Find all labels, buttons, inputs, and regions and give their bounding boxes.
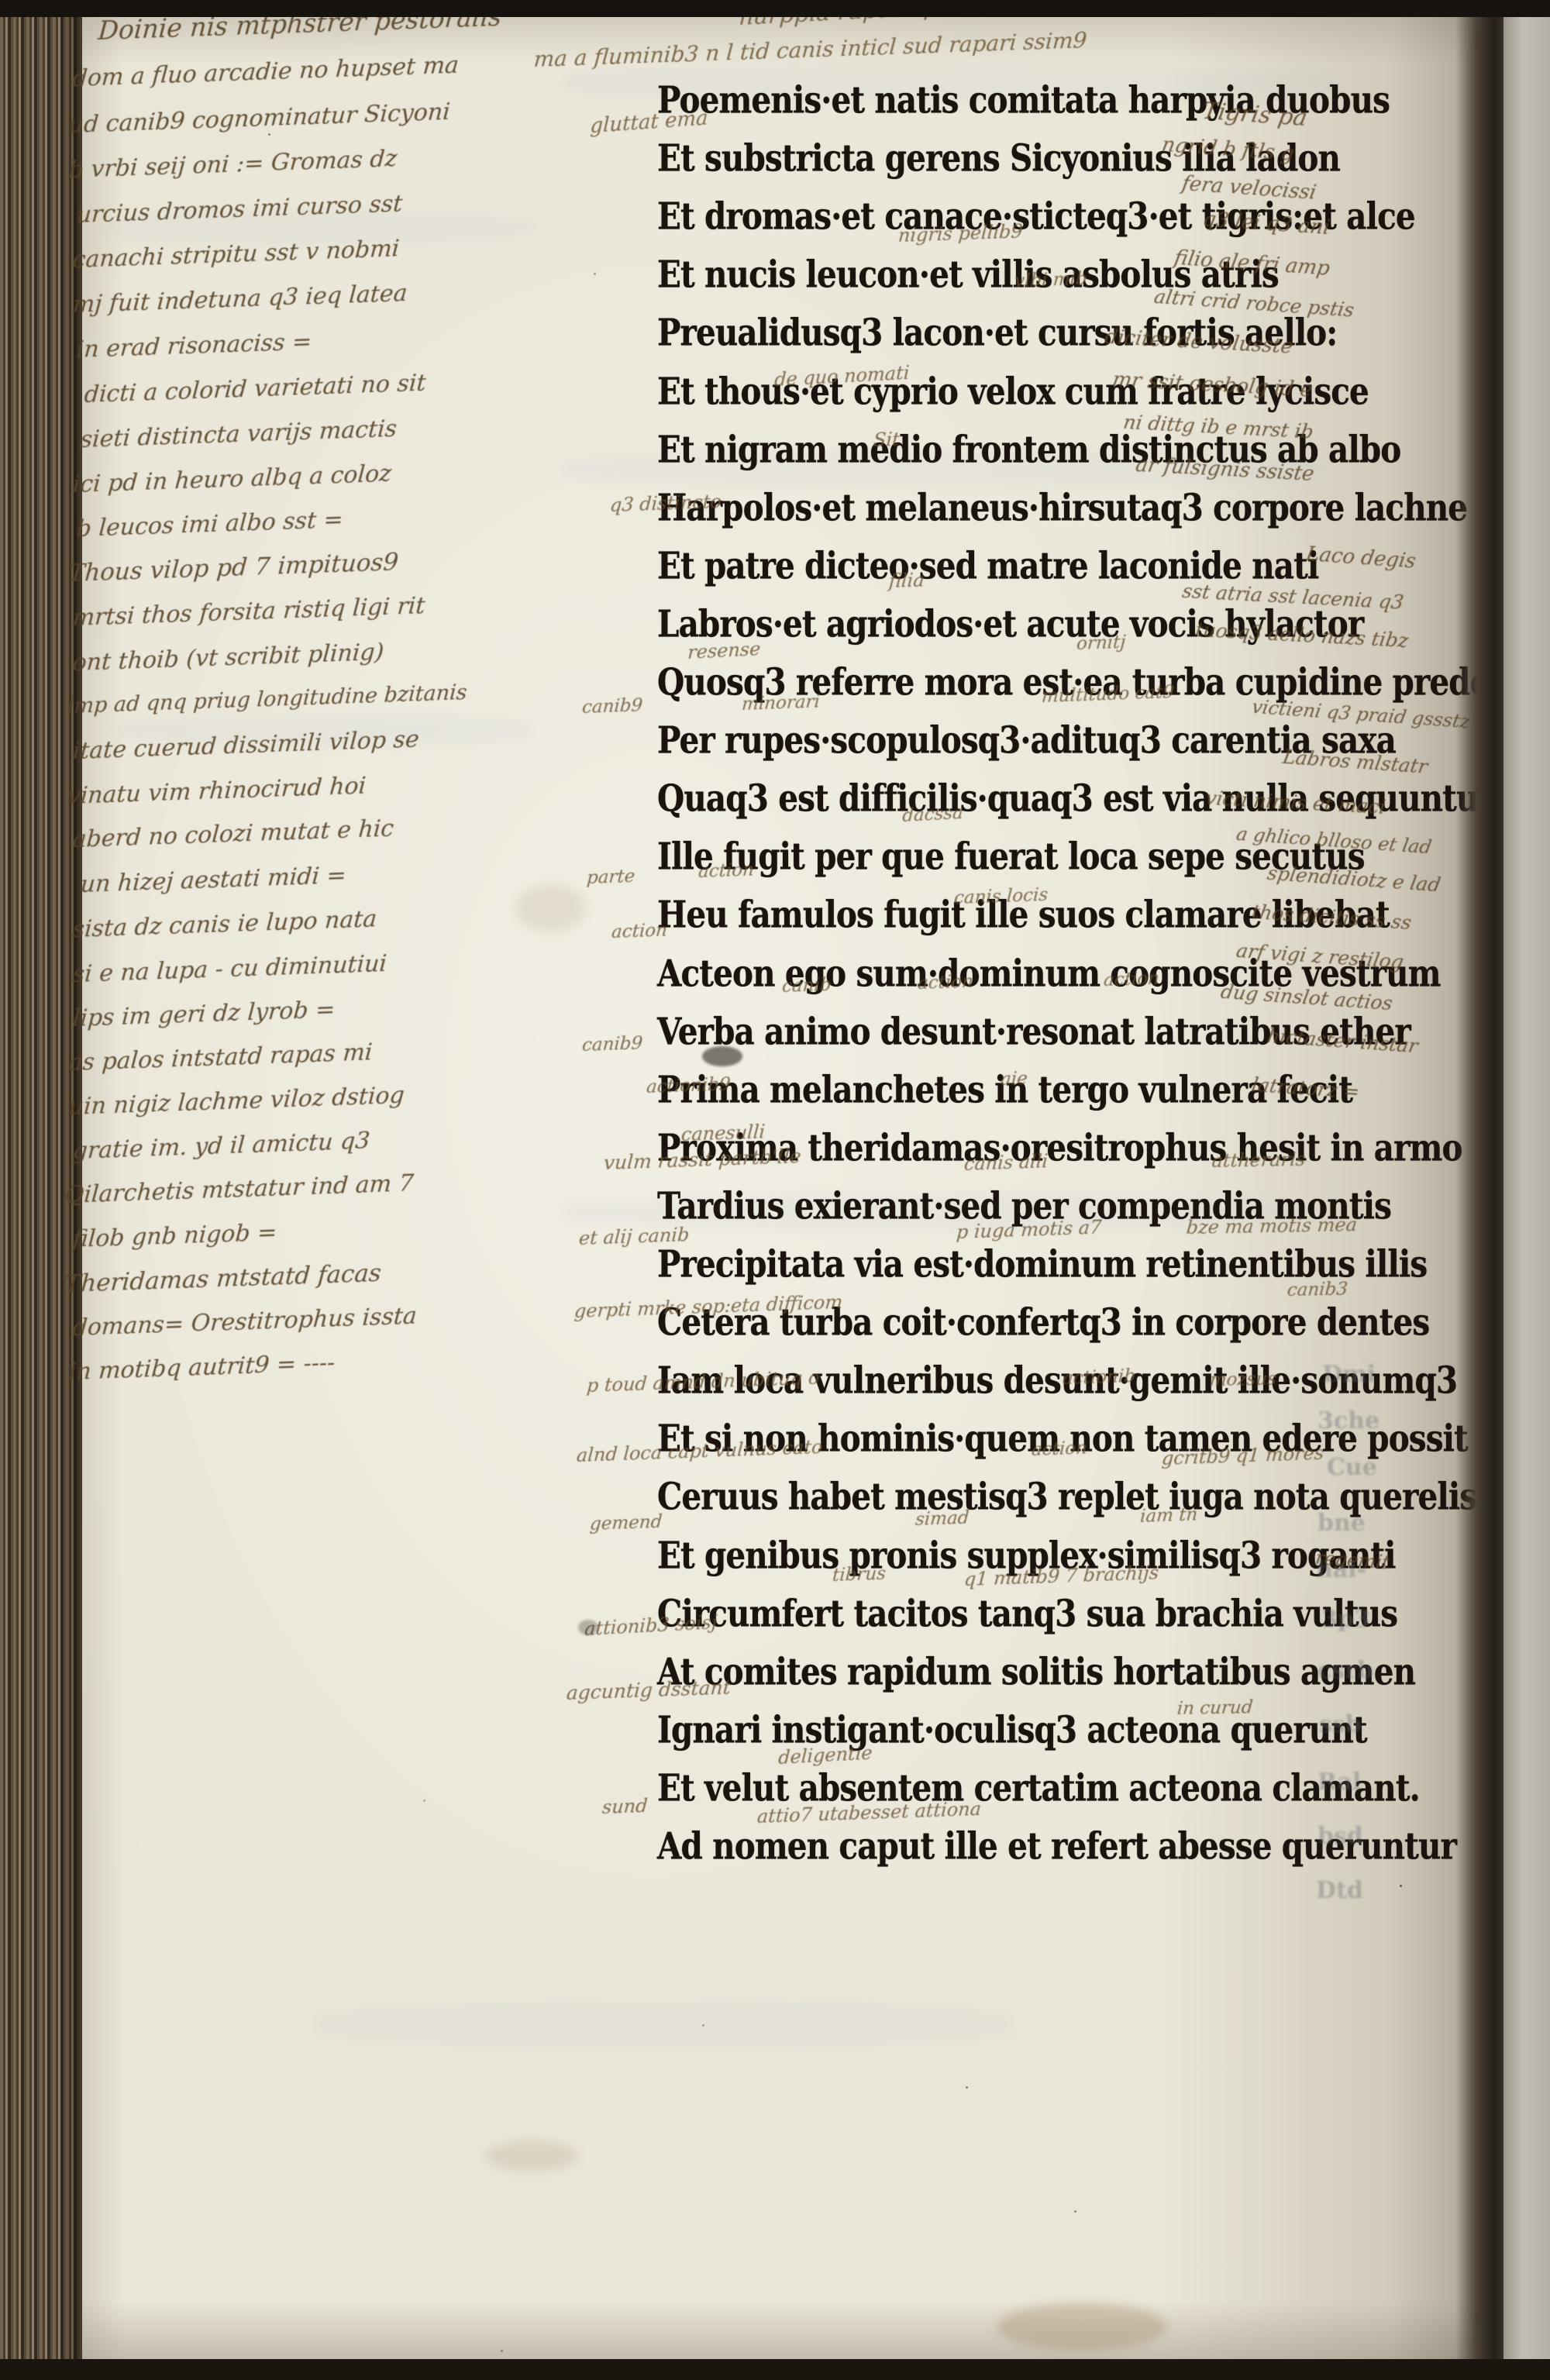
showthrough-mark: hai- [1316, 1556, 1366, 1583]
handwritten-note: Laco degis [1304, 542, 1417, 573]
paper-stain [516, 885, 586, 932]
printed-line: Circumfert tacitos tanq3 sua brachia vul… [657, 1595, 1397, 1632]
printed-line: Precipitata via est·dominum retinentibus… [657, 1245, 1427, 1283]
handwritten-note: in erad risonaciss = [76, 328, 313, 363]
handwritten-note: Theridamas mtstatd facas [64, 1259, 382, 1298]
handwritten-note: domans= Orestitrophus issta [72, 1302, 418, 1342]
showthrough-mark: Cue [1327, 1454, 1377, 1481]
showthrough-mark: Dtd [1316, 1877, 1363, 1904]
handwritten-note: as palos intstatd rapas mi [68, 1038, 374, 1076]
handwritten-note: in curud [1176, 1697, 1254, 1719]
handwritten-note: in motibq autrit9 = ---- [68, 1349, 336, 1386]
handwritten-note: et alij canib [578, 1224, 690, 1249]
handwritten-note: ud canib9 cognominatur Sicyoni [68, 98, 451, 139]
handwritten-note: sund [601, 1795, 649, 1818]
handwritten-note: lips im geri dz lyrob = [72, 996, 336, 1032]
handwritten-note: dicti a colorid varietati no sit [84, 370, 427, 408]
handwritten-note: dacssa [902, 803, 964, 826]
handwritten-note: imp ad qnq priug longitudine bzitanis [67, 680, 468, 718]
paper-tint [315, 2001, 1012, 2048]
showthrough-mark: ssb [1319, 1711, 1362, 1738]
handwritten-note: canib3 [1286, 1280, 1348, 1300]
printed-line: Et velut absentem certatim acteona clama… [657, 1769, 1420, 1807]
handwritten-note: gemend [589, 1512, 663, 1534]
handwritten-note: gcritb9 q1 mores [1161, 1442, 1324, 1469]
handwritten-note: alnd loca capt vulnus cato [576, 1436, 823, 1466]
handwritten-note: canib9 [581, 695, 643, 718]
handwritten-note: mj fuit indetuna q3 ieq latea [72, 280, 408, 319]
ink-blot [702, 1046, 742, 1066]
handwritten-note: tibrus [832, 1564, 887, 1586]
handwritten-note: un hizej aestati midi = [80, 862, 347, 898]
handwritten-note: q3 distincto [609, 491, 722, 516]
handwritten-note: p iuga motis a7 [956, 1216, 1102, 1243]
handwritten-note: Labros mlstatr [1281, 746, 1429, 778]
handwritten-note: resense [687, 638, 762, 663]
handwritten-note: actionib [1062, 1366, 1136, 1389]
handwritten-note: si e na lupa - cu diminutiui [72, 950, 388, 988]
handwritten-note: attheraris [1211, 1149, 1307, 1172]
handwritten-note: deligentie [778, 1742, 873, 1769]
paper-specks [268, 133, 270, 136]
handwritten-note: dom a fluo arcadie no hupset ma [72, 52, 460, 93]
book-photo: Poemenis·et natis comitata harpyia duobu… [0, 0, 1550, 2380]
handwritten-note: parte [586, 866, 635, 888]
handwritten-note: minorari [741, 691, 821, 715]
printed-line: At comites rapidum solitis hortatibus ag… [657, 1653, 1415, 1690]
handwritten-note: agcuntig dsstant [566, 1676, 732, 1704]
handwritten-note: tuosq3 aello nazs tibz [1193, 618, 1410, 652]
handwritten-note: bze ma motis mea [1186, 1214, 1359, 1238]
handwritten-note: ont thoib (vt scribit plinig) [72, 639, 385, 677]
handwritten-note: aie [1000, 1069, 1028, 1090]
handwritten-note: action [917, 971, 974, 994]
handwritten-note: nigris pellib9 [897, 220, 1024, 246]
paper-stain [485, 2141, 578, 2172]
handwritten-note: vulm rassit partb'lle [603, 1145, 802, 1174]
handwritten-note: canib [781, 975, 832, 997]
handwritten-note: actionib9 [646, 1074, 731, 1097]
handwritten-note: mozsus [1209, 1369, 1277, 1390]
handwritten-note: action [697, 859, 755, 882]
handwritten-note: canib9 [581, 1033, 643, 1056]
handwritten-note: Qilarchetis mtstatur ind am 7 [64, 1169, 415, 1209]
handwritten-note: Sit [873, 429, 901, 451]
handwritten-note: vlbi mib [1014, 269, 1087, 291]
showthrough-mark: Dmi [1322, 1361, 1376, 1388]
handwritten-note: gluttat ema [590, 106, 708, 138]
showthrough-mark: bne [1317, 1510, 1366, 1537]
printed-line: Et patre dicteo·sed matre laconide nati [657, 547, 1318, 584]
showthrough-mark: Ral [1317, 1769, 1361, 1796]
handwritten-note: ici pd in heuro albq a coloz [72, 460, 393, 498]
printed-line: Harpolos·et melaneus·hirsutaq3 corpore l… [657, 489, 1467, 526]
handwritten-note: filob gnb nigob = [72, 1219, 278, 1253]
handwritten-note: uin nigiz lachme viloz dstiog [68, 1082, 405, 1121]
handwritten-note: action [1103, 968, 1160, 990]
handwritten-note: canis locis [953, 885, 1049, 908]
manuscript-page: Poemenis·et natis comitata harpyia duobu… [82, 17, 1503, 2359]
paper-stain [997, 2303, 1167, 2350]
handwritten-note: canesulli [680, 1121, 766, 1145]
gutter-shadow [1455, 0, 1503, 2380]
handwritten-note: iam tn [1139, 1504, 1198, 1527]
ink-blot [578, 1620, 598, 1635]
handwritten-note: aberd no colozi mutat e hic [72, 815, 395, 854]
showthrough-mark: bsd [1317, 1823, 1363, 1850]
handwritten-note: action [611, 920, 668, 942]
handwritten-note: canachi stripitu sst v nobmi [72, 235, 401, 274]
showthrough-mark: 3p3 [1321, 1606, 1370, 1633]
handwritten-note: action [1031, 1438, 1088, 1460]
handwritten-note: sieti distincta varijs mactis [80, 415, 398, 453]
photo-bottom-border [0, 2359, 1550, 2380]
photo-top-border [0, 0, 1550, 17]
printed-line: Ignari instigant·oculisq3 acteona querun… [657, 1711, 1367, 1748]
handwritten-note: b vrbi seij oni := Gromas dz [68, 145, 398, 184]
handwritten-note: mrtsi thos forsita ristiq ligi rit [72, 592, 426, 632]
handwritten-note: filia [888, 569, 925, 592]
handwritten-note: Thous vilop pd 7 impituos9 [67, 548, 399, 587]
showthrough-mark: csrb [1317, 1657, 1373, 1684]
handwritten-note: attionib3 soisj [584, 1611, 718, 1640]
handwritten-note: ornitj [1076, 632, 1126, 654]
handwritten-note: sista dz canis ie lupo nata [72, 905, 378, 943]
handwritten-note: canis alli [963, 1150, 1049, 1175]
handwritten-note: splendidiotz e lad [1266, 862, 1442, 896]
next-page-edge [1503, 0, 1550, 2380]
showthrough-mark: 3che [1317, 1407, 1379, 1435]
handwritten-note: gratie im. yd il amictu q3 [72, 1128, 371, 1166]
handwritten-note: vinatu vim rhinocirud hoi [67, 773, 367, 811]
handwritten-note: b leucos imi albo sst = [76, 506, 344, 542]
handwritten-note: simad [914, 1508, 970, 1531]
